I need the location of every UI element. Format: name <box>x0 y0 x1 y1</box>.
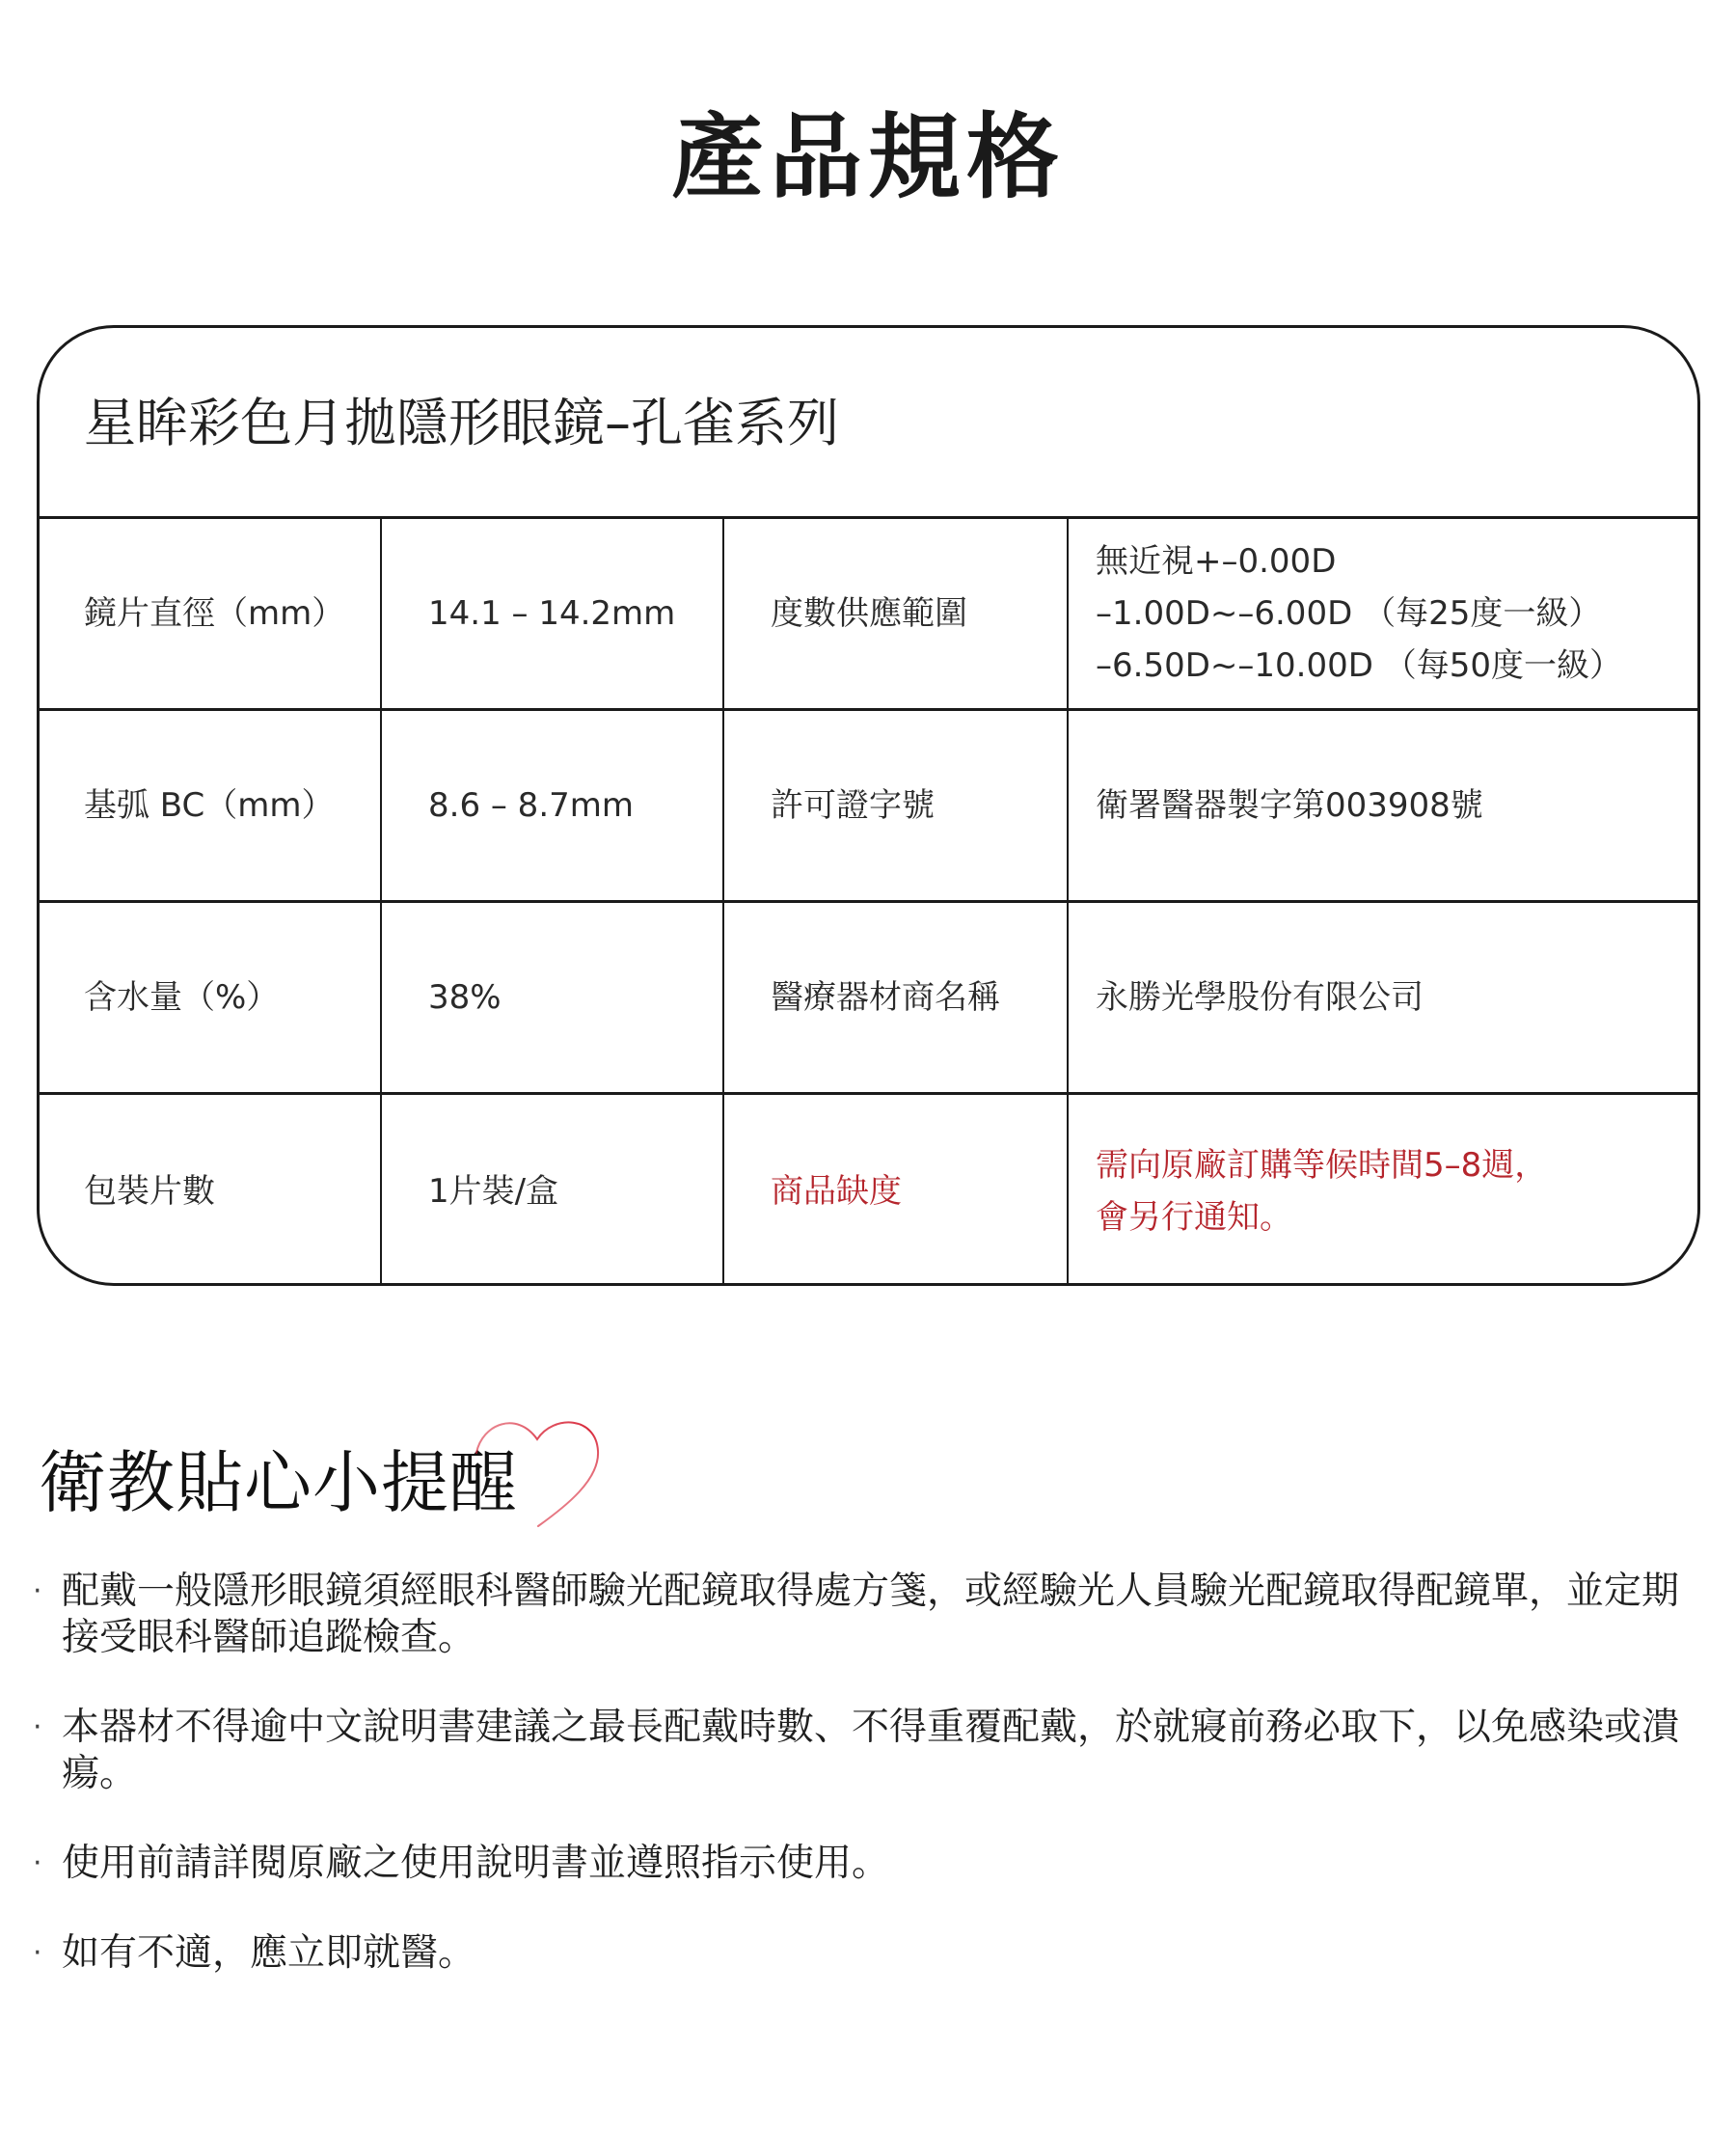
tips-list: · 配戴一般隱形眼鏡須經眼科醫師驗光配鏡取得處方箋，或經驗光人員驗光配鏡取得配鏡… <box>29 1569 1697 2020</box>
bullet-icon: · <box>33 1930 42 1977</box>
out-of-stock-line: 需向原廠訂購等候時間5–8週， <box>1096 1139 1547 1191</box>
power-range-line: 無近視+–0.00D <box>1096 535 1336 587</box>
table-row: 包裝片數 1片裝/盒 商品缺度 需向原廠訂購等候時間5–8週， 會另行通知。 <box>40 1095 1697 1286</box>
spec-value-power-range: 無近視+–0.00D –1.00D~–6.00D （每25度一級） –6.50D… <box>1069 519 1697 708</box>
spec-table: 星眸彩色月拋隱形眼鏡–孔雀系列 鏡片直徑（mm） 14.1 – 14.2mm 度… <box>37 325 1700 1286</box>
table-row: 鏡片直徑（mm） 14.1 – 14.2mm 度數供應範圍 無近視+–0.00D… <box>40 519 1697 711</box>
tips-section-title: 衛教貼心小提醒 <box>39 1441 518 1524</box>
tip-text: 本器材不得逾中文說明書建議之最長配戴時數、不得重覆配戴，於就寢前務必取下，以免感… <box>62 1706 1679 1795</box>
spec-label-package-count: 包裝片數 <box>40 1095 382 1286</box>
spec-label-license-number: 許可證字號 <box>724 711 1069 900</box>
page-title: 產品規格 <box>0 104 1736 210</box>
spec-label-power-range: 度數供應範圍 <box>724 519 1069 708</box>
list-item: · 配戴一般隱形眼鏡須經眼科醫師驗光配鏡取得處方箋，或經驗光人員驗光配鏡取得配鏡… <box>29 1569 1697 1661</box>
heart-icon <box>469 1412 606 1532</box>
list-item: · 本器材不得逾中文說明書建議之最長配戴時數、不得重覆配戴，於就寢前務必取下，以… <box>29 1705 1697 1797</box>
spec-label-water-content: 含水量（%） <box>40 903 382 1092</box>
spec-value-manufacturer: 永勝光學股份有限公司 <box>1069 903 1697 1092</box>
bullet-icon: · <box>33 1841 42 1887</box>
tip-text: 使用前請詳閱原廠之使用說明書並遵照指示使用。 <box>62 1842 889 1885</box>
spec-label-lens-diameter: 鏡片直徑（mm） <box>40 519 382 708</box>
spec-value-base-curve: 8.6 – 8.7mm <box>382 711 724 900</box>
spec-label-base-curve: 基弧 BC（mm） <box>40 711 382 900</box>
spec-value-package-count: 1片裝/盒 <box>382 1095 724 1286</box>
list-item: · 使用前請詳閱原廠之使用說明書並遵照指示使用。 <box>29 1841 1697 1887</box>
spec-value-license-number: 衛署醫器製字第003908號 <box>1069 711 1697 900</box>
table-row: 含水量（%） 38% 醫療器材商名稱 永勝光學股份有限公司 <box>40 903 1697 1095</box>
spec-value-water-content: 38% <box>382 903 724 1092</box>
tip-text: 如有不適，應立即就醫。 <box>62 1931 475 1975</box>
power-range-line: –6.50D~–10.00D （每50度一級） <box>1096 640 1622 692</box>
spec-label-out-of-stock: 商品缺度 <box>724 1095 1069 1286</box>
list-item: · 如有不適，應立即就醫。 <box>29 1930 1697 1977</box>
bullet-icon: · <box>33 1569 42 1615</box>
out-of-stock-line: 會另行通知。 <box>1096 1191 1292 1243</box>
spec-label-manufacturer: 醫療器材商名稱 <box>724 903 1069 1092</box>
spec-value-out-of-stock: 需向原廠訂購等候時間5–8週， 會另行通知。 <box>1069 1095 1697 1286</box>
spec-table-header: 星眸彩色月拋隱形眼鏡–孔雀系列 <box>40 328 1697 519</box>
spec-value-lens-diameter: 14.1 – 14.2mm <box>382 519 724 708</box>
table-row: 基弧 BC（mm） 8.6 – 8.7mm 許可證字號 衛署醫器製字第00390… <box>40 711 1697 903</box>
bullet-icon: · <box>33 1705 42 1751</box>
tip-text: 配戴一般隱形眼鏡須經眼科醫師驗光配鏡取得處方箋，或經驗光人員驗光配鏡取得配鏡單，… <box>62 1570 1679 1659</box>
product-name: 星眸彩色月拋隱形眼鏡–孔雀系列 <box>84 390 839 457</box>
power-range-line: –1.00D~–6.00D （每25度一級） <box>1096 587 1601 640</box>
